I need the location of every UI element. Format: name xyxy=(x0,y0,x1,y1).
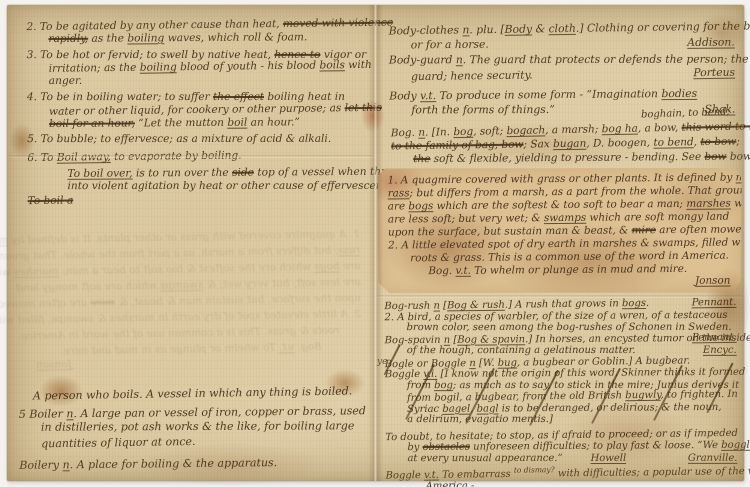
margin-mark: ye xyxy=(377,357,387,367)
body-entries-block: Body-clothes n. plu. [Body & cloth.] Clo… xyxy=(389,19,740,118)
manuscript-line: A person who boils. A vessel in which an… xyxy=(19,384,367,404)
manuscript-line: 6. To Boil away, to evaporate by boiling… xyxy=(27,148,367,165)
boiler-entries-block: A person who boils. A vessel in which an… xyxy=(19,385,368,474)
bog-definition-slip-text: 1. A quagmire covered with grass or othe… xyxy=(377,165,742,278)
manuscript-line: 2. A little elevated spot of dry earth i… xyxy=(31,306,361,328)
manuscript-line: Bog. v.t. To whelm or plunge as in mud a… xyxy=(388,262,734,278)
manuscript-line: anger. xyxy=(27,73,367,88)
bog-rush-boggle-block: Bog-rush n [Bog & rush.] A rush that gro… xyxy=(384,298,741,487)
manuscript-line: roots & grass. This is a common use of t… xyxy=(31,322,361,344)
left-page: 2. To be agitated by any other cause tha… xyxy=(7,5,375,481)
bog-entry-heading: Bog. n. [In. bog, soft; bogach, a marsh;… xyxy=(391,121,738,168)
manuscript-line: are less soft; but very wet; & swamps wh… xyxy=(31,274,361,296)
manuscript-line: 5. To bubble; to effervesce; as a mixtur… xyxy=(27,133,367,146)
manuscript-line: rass; but differs from a marsh, as a par… xyxy=(30,242,360,264)
manuscript-line: guard; hence security.Porteus xyxy=(389,65,739,85)
manuscript-line: upon the surface, but sustain man & beas… xyxy=(31,290,361,312)
manuscript-line: To boil over, is to run over the side to… xyxy=(27,166,367,181)
manuscript-paper: 2. To be agitated by any other cause tha… xyxy=(7,5,744,481)
manuscript-line: a delirium, evagatio mentis.] xyxy=(385,414,741,426)
manuscript-line: 1. A quagmire covered with grass or othe… xyxy=(30,226,360,248)
etymology-note: boghain, to bend; xyxy=(641,106,730,120)
manuscript-line: To boil a xyxy=(28,190,368,207)
right-page: Body-clothes n. plu. [Body & cloth.] Clo… xyxy=(375,5,744,481)
ink-showthrough: 1. A quagmire covered with grass or othe… xyxy=(30,226,362,371)
manuscript-line: Boilery n. A place for boiling & the app… xyxy=(19,456,367,474)
manuscript-line: the soft & flexible, yielding to pressur… xyxy=(391,150,737,167)
manuscript-scan: 2. To be agitated by any other cause tha… xyxy=(0,0,750,487)
manuscript-line: Jonson xyxy=(32,354,362,360)
pasted-slip: 1. A quagmire covered with grass or othe… xyxy=(377,165,742,295)
manuscript-line: brown color, seen among the bog-rushes o… xyxy=(385,322,741,334)
manuscript-line: are bogs which are the softest & too sof… xyxy=(30,258,360,280)
manuscript-line: Bog. v.t. To whelm or plunge as in mud a… xyxy=(32,338,362,360)
boil-definitions-block: 2. To be agitated by any other cause tha… xyxy=(26,18,367,207)
